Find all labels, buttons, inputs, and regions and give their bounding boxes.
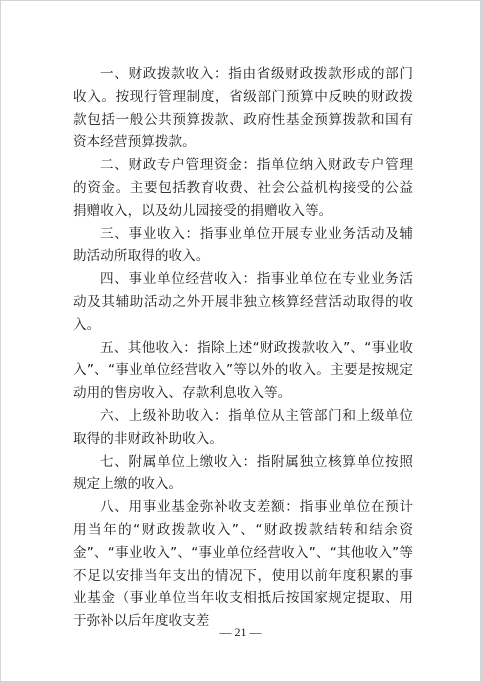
paragraph-fiscal-appropriation-income: 一、财政拨款收入：指由省级财政拨款形成的部门收入。按现行管理制度，省级部门预算中… xyxy=(73,63,413,154)
page-number: — 21 — xyxy=(1,625,480,640)
paragraph-special-account-funds: 二、财政专户管理资金：指单位纳入财政专户管理的资金。主要包括教育收费、社会公益机… xyxy=(73,154,413,222)
paragraph-business-fund-offset: 八、用事业基金弥补收支差额：指事业单位在预计用当年的“财政拨款收入”、“财政拨款… xyxy=(73,496,413,633)
paragraph-business-income: 三、事业收入：指事业单位开展专业业务活动及辅助活动所取得的收入。 xyxy=(73,223,413,269)
paragraph-subordinate-unit-remittance: 七、附属单位上缴收入：指附属独立核算单位按照规定上缴的收入。 xyxy=(73,451,413,497)
paragraph-other-income: 五、其他收入：指除上述“财政拨款收入”、“事业收入”、“事业单位经营收入”等以外… xyxy=(73,337,413,405)
document-page: 一、财政拨款收入：指由省级财政拨款形成的部门收入。按现行管理制度，省级部门预算中… xyxy=(1,1,480,681)
paragraph-superior-subsidy-income: 六、上级补助收入：指单位从主管部门和上级单位取得的非财政补助收入。 xyxy=(73,405,413,451)
paragraph-operating-income: 四、事业单位经营收入：指事业单位在专业业务活动及其辅助活动之外开展非独立核算经营… xyxy=(73,268,413,336)
document-body: 一、财政拨款收入：指由省级财政拨款形成的部门收入。按现行管理制度，省级部门预算中… xyxy=(73,63,413,633)
